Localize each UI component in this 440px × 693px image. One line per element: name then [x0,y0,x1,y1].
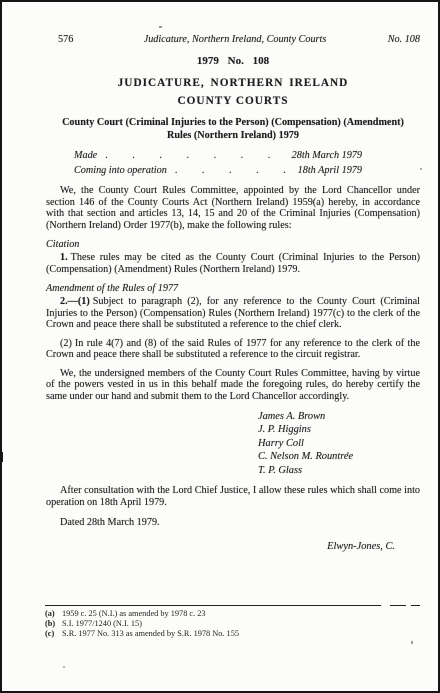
preamble-paragraph: We, the County Court Rules Committee, ap… [46,185,420,231]
rule-title: County Court (Criminal Injuries to the P… [61,117,406,142]
operation-date-row: Coming into operation . . . . . . . . . … [74,165,362,176]
allowance-paragraph: After consultation with the Lord Chief J… [46,485,420,508]
footnote: (a) 1959 c. 25 (N.I.) as amended by 1978… [45,609,420,619]
dot-leader: . . . . . . . . . . . . . . [105,150,283,161]
instrument-number: No. 108 [358,34,420,45]
rule-2-2-number: (2) [60,338,72,349]
divider-dash [390,605,406,606]
made-date: 28th March 1979 [292,150,362,161]
made-label: Made [74,150,97,161]
divider-dash [411,605,420,606]
footnote-text: S.R. 1977 No. 313 as amended by S.R. 197… [62,629,239,639]
signature-block: James A. Brown J. P. Higgins Harry Coll … [258,410,420,477]
scan-speck [347,452,349,454]
footnote-block: (a) 1959 c. 25 (N.I.) as amended by 1978… [45,605,420,638]
court-heading: COUNTY COURTS [46,95,420,107]
certification-paragraph: We, the undersigned members of the Count… [46,368,420,403]
footnote-divider [45,605,420,606]
scan-speck [411,641,413,644]
scan-speck [0,452,3,462]
footnote: (b) S.I. 1977/1240 (N.I. 15) [45,619,420,629]
rule-2-2-text: In rule 4(7) and (8) of the said Rules o… [46,338,420,361]
running-title: Judicature, Northern Ireland, County Cou… [112,34,358,45]
divider-line [45,605,381,606]
footnote: (c) S.R. 1977 No. 313 as amended by S.R.… [45,629,420,639]
running-header: 576 Judicature, Northern Ireland, County… [46,34,420,45]
year-number-heading: 1979 No. 108 [46,55,420,67]
jurisdiction-heading: JUDICATURE, NORTHERN IRELAND [46,77,420,89]
signatory: Harry Coll [258,437,420,450]
scan-speck [159,26,162,28]
signatory: James A. Brown [258,410,420,423]
operation-label: Coming into operation [74,165,167,176]
signatory: C. Nelson M. Rountree [258,450,420,463]
page-number: 576 [46,34,112,45]
signatory: T. P. Glass [258,464,420,477]
footnote-marker: (a) [45,609,62,619]
signatory: J. P. Higgins [258,423,420,436]
rule-2-1-number: 2.—(1) [60,296,90,307]
footnote-text: 1959 c. 25 (N.I.) as amended by 1978 c. … [62,609,206,619]
dated-line: Dated 28th March 1979. [46,517,420,528]
rule-1-number: 1. [60,252,68,263]
rule-2-1-text: Subject to paragraph (2), for any refere… [46,296,420,330]
amendment-heading: Amendment of the Rules of 1977 [46,283,420,294]
scan-speck [420,168,422,170]
rule-1-text: These rules may be cited as the County C… [46,252,420,275]
operation-date: 18th April 1979 [298,165,362,176]
made-date-row: Made . . . . . . . . . . . . . . 28th Ma… [74,150,362,161]
rule-2-1-paragraph: 2.—(1)Subject to paragraph (2), for any … [46,296,420,331]
citation-heading: Citation [46,239,420,250]
footnote-marker: (c) [45,629,62,639]
dot-leader: . . . . . . . . . . . . . . [175,165,290,176]
rule-2-2-paragraph: (2)In rule 4(7) and (8) of the said Rule… [46,338,420,361]
footnote-marker: (b) [45,619,62,629]
lord-chancellor-signature: Elwyn-Jones, C. [46,541,420,552]
statutory-rule-page: 576 Judicature, Northern Ireland, County… [0,0,440,693]
footnote-text: S.I. 1977/1240 (N.I. 15) [62,619,142,629]
scan-speck [63,666,65,668]
rule-1-paragraph: 1.These rules may be cited as the County… [46,252,420,275]
dates-block: Made . . . . . . . . . . . . . . 28th Ma… [74,150,362,176]
